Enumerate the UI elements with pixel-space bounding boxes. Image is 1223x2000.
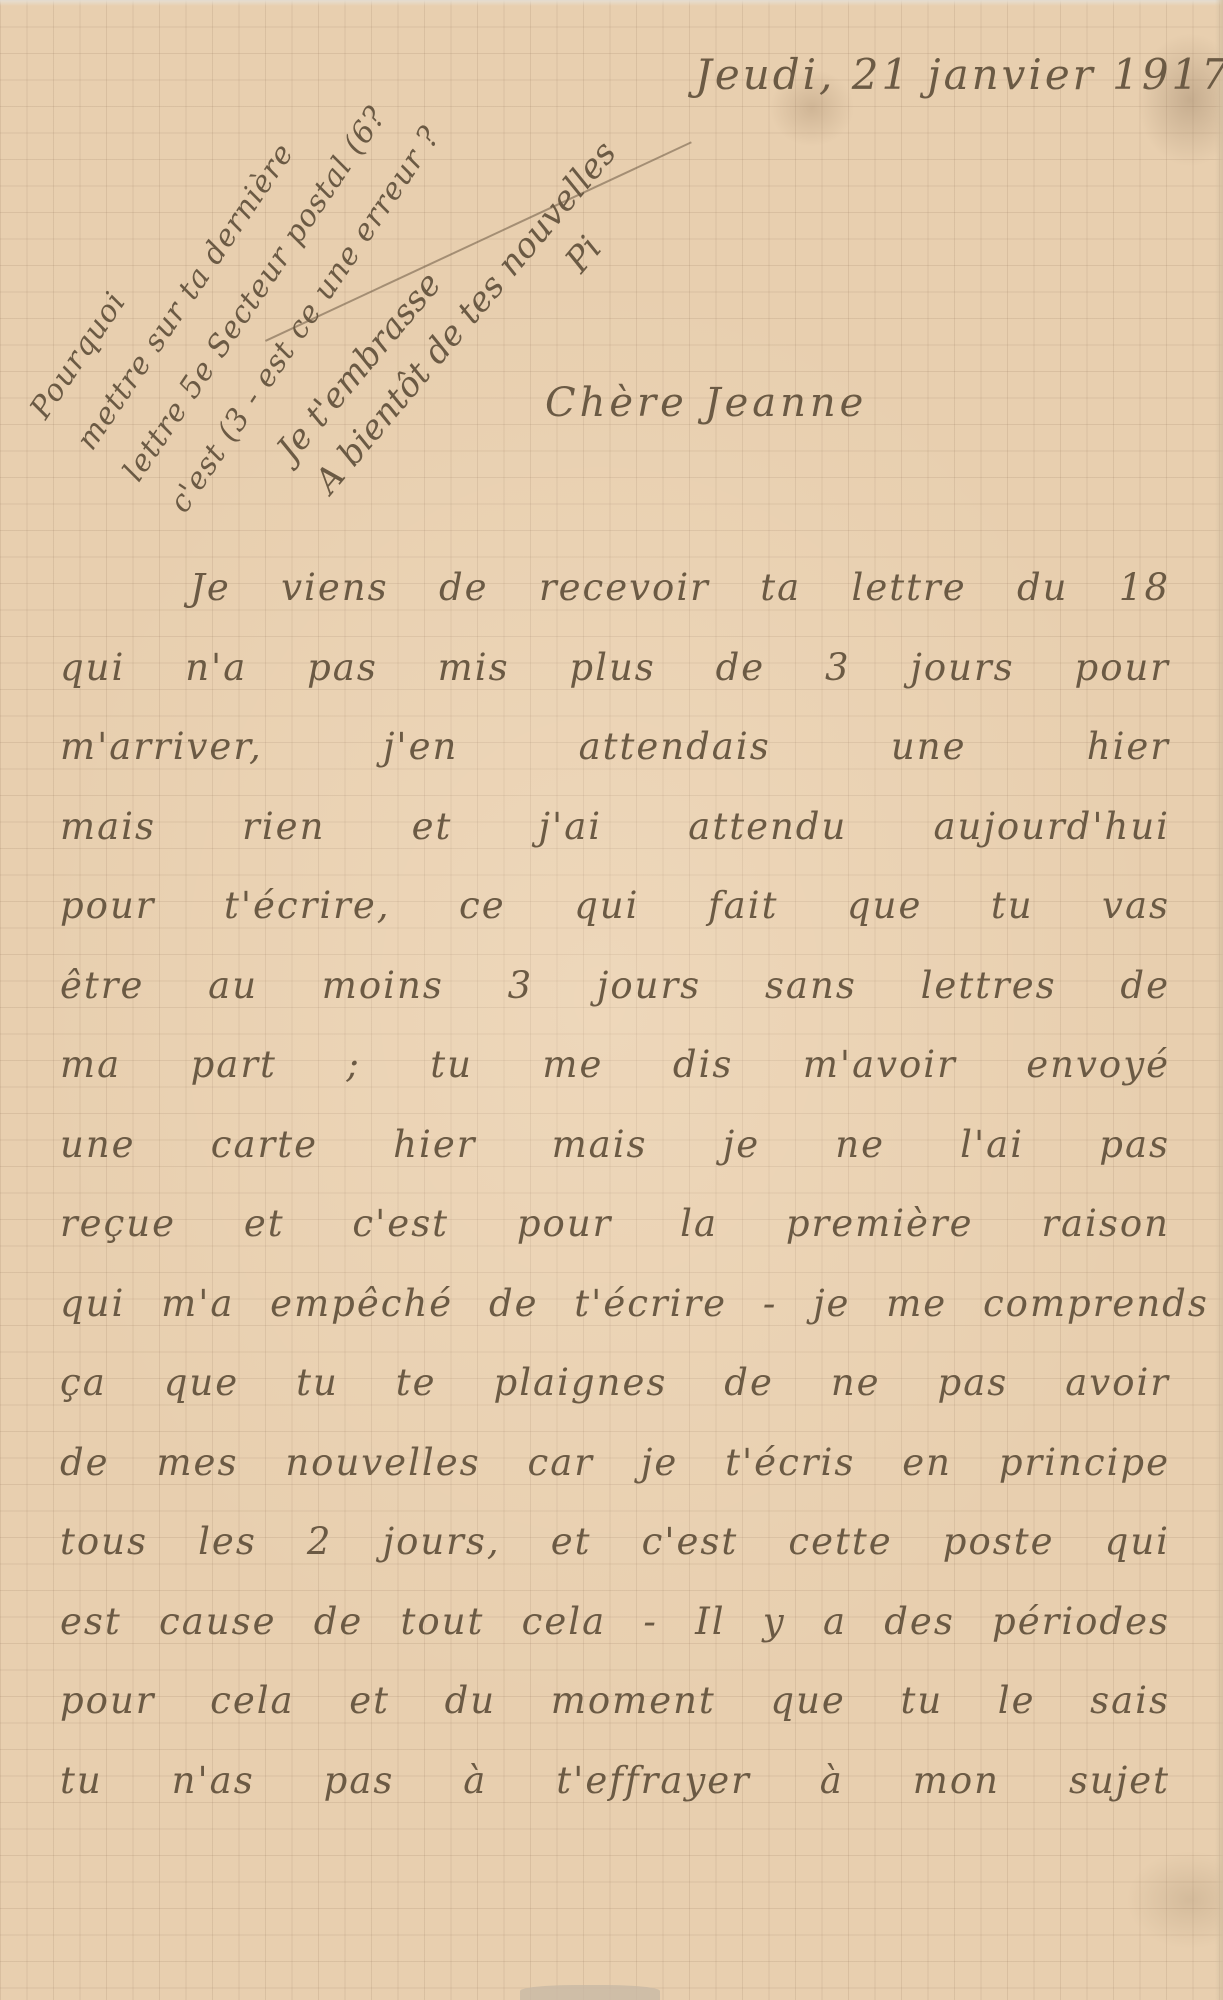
letter-body: Je viens de recevoir ta lettre du 18 qui… <box>60 548 1170 1820</box>
body-line: pour t'écrire, ce qui fait que tu vas <box>60 866 1170 946</box>
salutation: Chère Jeanne <box>545 380 867 426</box>
paper-tear <box>520 1985 660 2000</box>
body-line: être au moins 3 jours sans lettres de <box>60 946 1170 1026</box>
body-line: qui m'a empêché de t'écrire - je me comp… <box>60 1264 1170 1344</box>
body-line: de mes nouvelles car je t'écris en princ… <box>60 1423 1170 1503</box>
body-line: Je viens de recevoir ta lettre du 18 <box>60 548 1170 628</box>
page-right-edge <box>1215 0 1223 2000</box>
body-line: mais rien et j'ai attendu aujourd'hui <box>60 787 1170 867</box>
page-top-edge <box>0 0 1223 6</box>
body-line: ma part ; tu me dis m'avoir envoyé <box>60 1025 1170 1105</box>
letter-page: Pourquoi mettre sur ta dernière lettre 5… <box>0 0 1223 2000</box>
body-line: une carte hier mais je ne l'ai pas <box>60 1105 1170 1185</box>
body-line: qui n'a pas mis plus de 3 jours pour <box>60 628 1170 708</box>
body-line: tous les 2 jours, et c'est cette poste q… <box>60 1502 1170 1582</box>
body-line: pour cela et du moment que tu le sais <box>60 1661 1170 1741</box>
body-line: ça que tu te plaignes de ne pas avoir <box>60 1343 1170 1423</box>
date-line: Jeudi, 21 janvier 1917 <box>695 50 1223 99</box>
body-line: tu n'as pas à t'effrayer à mon sujet <box>60 1741 1170 1821</box>
body-line: reçue et c'est pour la première raison <box>60 1184 1170 1264</box>
body-line: m'arriver, j'en attendais une hier <box>60 707 1170 787</box>
body-line: est cause de tout cela - Il y a des péri… <box>60 1582 1170 1662</box>
